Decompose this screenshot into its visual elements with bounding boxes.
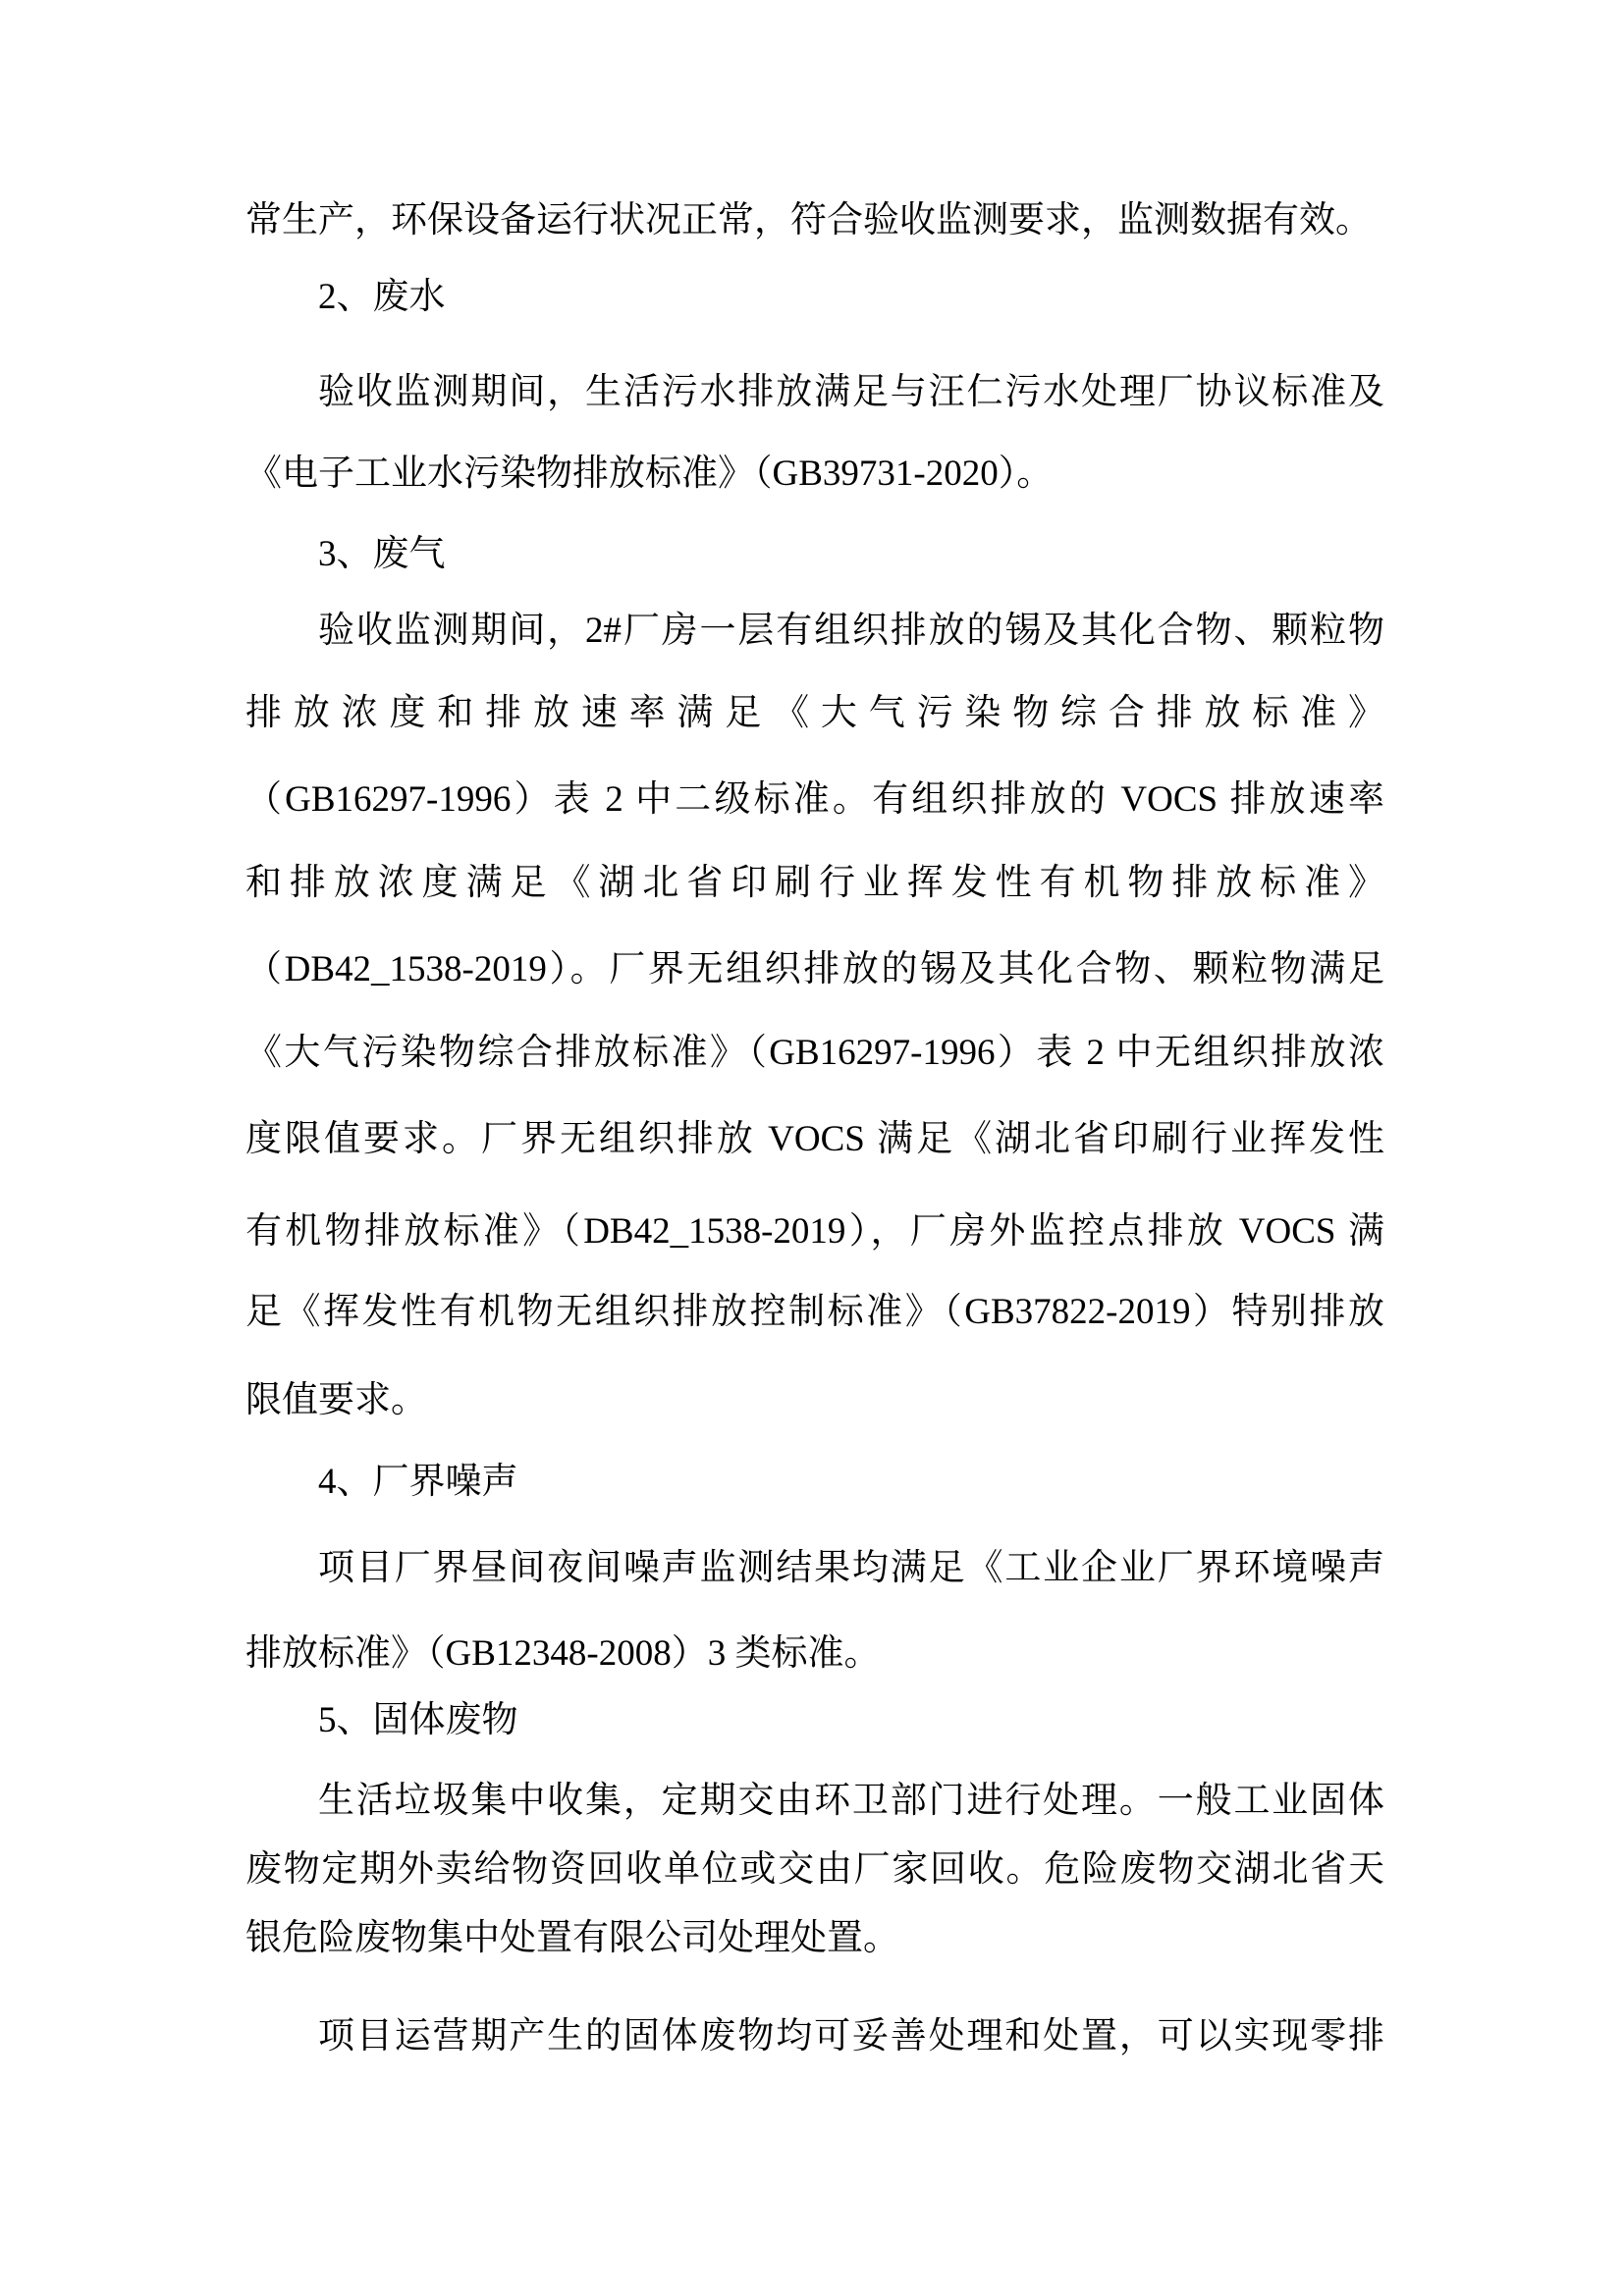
para-noise-line-1: 项目厂界昼间夜间噪声监测结果均满足《工业企业厂界环境噪声: [245, 1546, 1384, 1591]
para-wastewater-line-1: 验收监测期间，生活污水排放满足与汪仁污水处理厂协议标准及: [245, 370, 1384, 415]
heading-boundary-noise: 4、厂界噪声: [245, 1460, 1384, 1505]
heading-solid-waste: 5、固体废物: [245, 1698, 1384, 1743]
para-operation-period-line-1: 项目运营期产生的固体废物均可妥善处理和处置，可以实现零排: [245, 2014, 1384, 2059]
document-page: 常生产，环保设备运行状况正常，符合验收监测要求，监测数据有效。 2、废水 验收监…: [0, 0, 1624, 2296]
para-solid-waste-line-2: 废物定期外卖给物资回收单位或交由厂家回收。危险废物交湖北省天: [245, 1847, 1384, 1893]
heading-wastewater: 2、废水: [245, 275, 1384, 320]
heading-exhaust-gas: 3、废气: [245, 532, 1384, 577]
para-exhaust-gas-line-7: 度限值要求。厂界无组织排放 VOCS 满足《湖北省印刷行业挥发性: [245, 1117, 1384, 1162]
para-exhaust-gas-line-2: 排放浓度和排放速率满足《大气污染物综合排放标准》: [245, 691, 1384, 736]
para-solid-waste-line-3: 银危险废物集中处置有限公司处理处置。: [245, 1916, 1384, 1961]
para-noise-line-2: 排放标准》（GB12348-2008）3 类标准。: [245, 1631, 1384, 1677]
para-solid-waste-line-1: 生活垃圾集中收集，定期交由环卫部门进行处理。一般工业固体: [245, 1779, 1384, 1824]
para-exhaust-gas-line-10: 限值要求。: [245, 1378, 1384, 1423]
para-wastewater-line-2: 《电子工业水污染物排放标准》（GB39731-2020）。: [245, 452, 1384, 497]
para-exhaust-gas-line-3: （GB16297-1996）表 2 中二级标准。有组织排放的 VOCS 排放速率: [245, 777, 1384, 823]
para-exhaust-gas-line-6: 《大气污染物综合排放标准》（GB16297-1996）表 2 中无组织排放浓: [245, 1031, 1384, 1076]
para-exhaust-gas-line-9: 足《挥发性有机物无组织排放控制标准》（GB37822-2019）特别排放: [245, 1290, 1384, 1335]
para-exhaust-gas-line-4: 和排放浓度满足《湖北省印刷行业挥发性有机物排放标准》: [245, 861, 1384, 906]
para-exhaust-gas-line-5: （DB42_1538-2019）。厂界无组织排放的锡及其化合物、颗粒物满足: [245, 947, 1384, 992]
para-exhaust-gas-line-8: 有机物排放标准》（DB42_1538-2019），厂房外监控点排放 VOCS 满: [245, 1209, 1384, 1255]
para-exhaust-gas-line-1: 验收监测期间，2#厂房一层有组织排放的锡及其化合物、颗粒物: [245, 609, 1384, 654]
para-production-status-end-line: 常生产，环保设备运行状况正常，符合验收监测要求，监测数据有效。: [245, 198, 1384, 243]
